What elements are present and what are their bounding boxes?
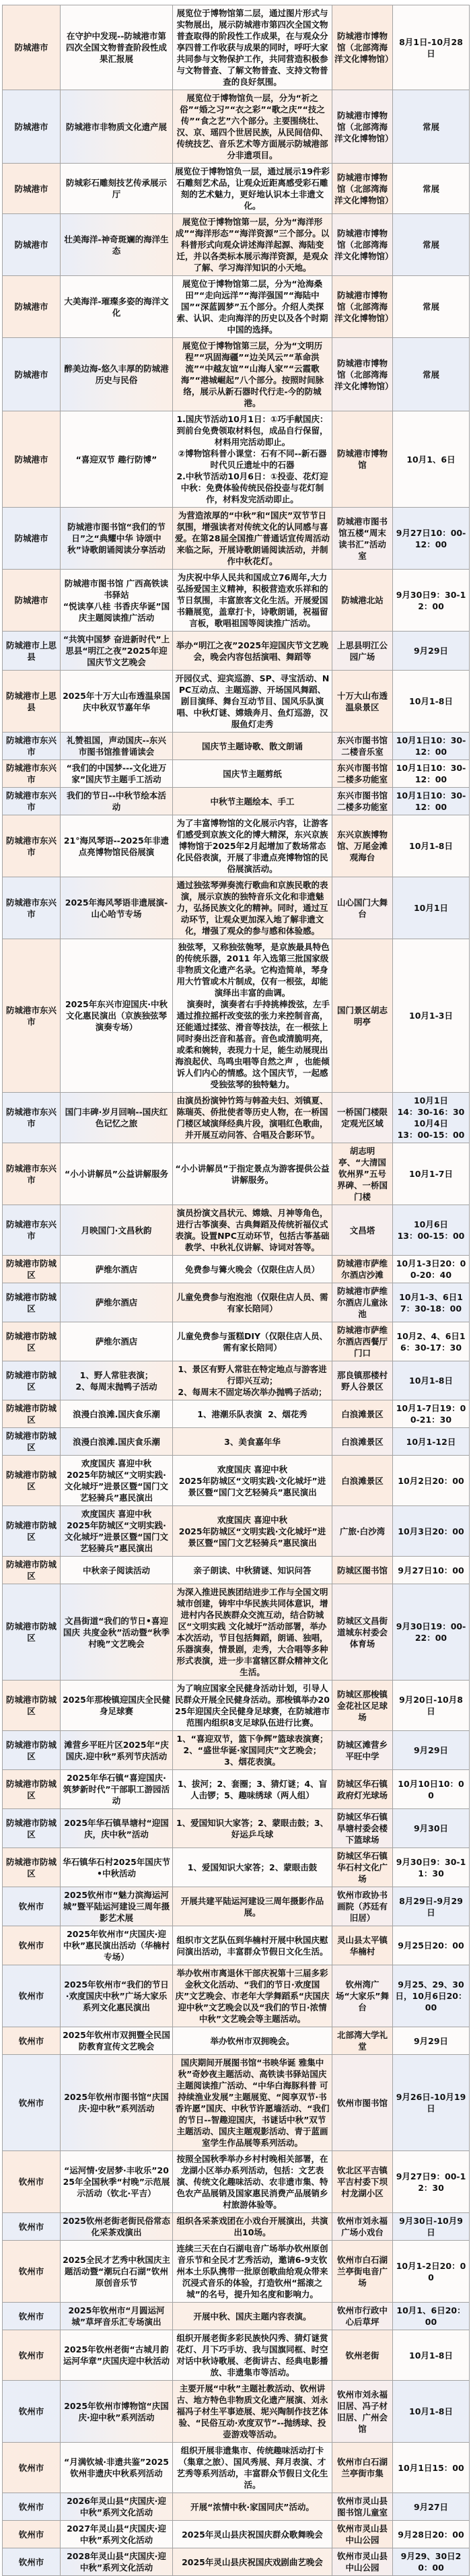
table-row: 防城港市防城港市非物质文化遗产展展览位于博物馆负一层，分为“祈之俗”“婚之习”“…: [3, 90, 470, 164]
location-cell: 东兴市图书馆二楼多功能室: [332, 788, 393, 815]
table-row: 钦州市2025全民才艺秀中秋国庆主题活动暨“潮玩白石湖”钦州原创音乐节连续三天在…: [3, 2241, 470, 2303]
location-cell: 文昌塔: [332, 1205, 393, 1256]
table-row: 防城港市醉美边海-悠久丰厚的防城港历史与民俗展览位于博物馆第三层，分为“文明历程…: [3, 338, 470, 411]
region-cell: 钦州市: [3, 1926, 61, 1965]
name-cell: “共筑中国梦 奋进新时代”上思县“明江之夜”2025年迎国庆节文艺晚会: [61, 632, 173, 671]
name-cell: 浪漫白浪滩.国庆食乐潮: [61, 1428, 173, 1456]
time-cell: 9月29日: [393, 1731, 470, 1770]
location-cell: 白浪滩景区: [332, 1428, 393, 1456]
region-cell: 钦州市: [3, 2443, 61, 2493]
region-cell: 防城港市防城区: [3, 1322, 61, 1361]
content-cell: 展览位于博物馆第二层，分为“沧海桑田”“走向远洋”“海洋强国”“海陆中国”“深蓝…: [173, 276, 332, 338]
name-cell: 月映国门·文昌秋韵: [61, 1205, 173, 1256]
content-cell: 国庆期间开展图书馆“书映华诞 雅集中秋”奇妙夜主题活动、高铁读书驿站国庆主题阅读…: [173, 2055, 332, 2151]
region-cell: 钦州市: [3, 2381, 61, 2443]
location-cell: 防城港市博物馆（北部湾海洋文化博物馆）: [332, 164, 393, 214]
name-cell: 浪漫白浪滩.国庆食乐潮: [61, 1400, 173, 1428]
content-cell: “小小讲解员”于指定景点为游客提供公益讲解服务。: [173, 1143, 332, 1205]
name-cell: 2025年那梭镇迎国庆全民健身足球赛: [61, 1681, 173, 1731]
region-cell: 防城港市防城区: [3, 1456, 61, 1506]
name-cell: 在守护中发现--防城港市第四次全国文物普查阶段性成果汇报展: [61, 5, 173, 90]
name-cell: 滩营乡平旺片区2025年“庆国庆.迎中秋”系列节庆活动: [61, 1731, 173, 1770]
table-row: 防城港市东兴市2025年东兴市迎国庆·中秋文化惠民演出（京族独弦琴演奏专场） 独…: [3, 939, 470, 1093]
time-cell: 9月30日9：30-12：00: [393, 570, 470, 632]
time-cell: 9月29日: [393, 632, 470, 671]
table-row: 防城港市防城区2025年那梭镇迎国庆全民健身足球赛为了响应国家全民健身活动计划，…: [3, 1681, 470, 1731]
time-cell: 10月1-12日: [393, 1428, 470, 1456]
content-cell: 按照全国秋季举办乡村村晚相关部署，在龙湖小区举办系列活动，包括：文艺表演、传统文…: [173, 2151, 332, 2213]
location-cell: 灵山县太平镇华楠村: [332, 1926, 393, 1965]
name-cell: 2025年华石镇旱塘村“迎国庆，庆中秋”活动: [61, 1809, 173, 1848]
region-cell: 防城港市东兴市: [3, 877, 61, 939]
name-cell: 萨维尔酒店: [61, 1256, 173, 1283]
time-cell: 10月1日: [393, 877, 470, 939]
time-cell: 10月1-3、6日17：30-18：00: [393, 1283, 470, 1322]
name-cell: 中秋亲子阅读活动: [61, 1557, 173, 1584]
time-cell: 10月10日10：00: [393, 1770, 470, 1809]
name-cell: 2027年灵山县“庆国庆·迎中秋”系列文化活动: [61, 2521, 173, 2548]
region-cell: 防城港市防城区: [3, 1584, 61, 1681]
table-row: 防城港市防城区浪漫白浪滩.国庆食乐潮1、港潮乐队表演 2、烟花秀白浪滩景区10月…: [3, 1400, 470, 1428]
name-cell: “我们的中国梦---文化进万家”国庆节主题手工活动: [61, 760, 173, 788]
region-cell: 防城港市东兴市: [3, 733, 61, 760]
name-cell: 2025年钦州市“月圆运河城”草坪音乐汇专场演出: [61, 2303, 173, 2330]
location-cell: 防城港市图书馆五楼“周末读书汇”活动室: [332, 508, 393, 570]
time-cell: 10月6日 13：00-15：00: [393, 1205, 470, 1256]
location-cell: 国门景区胡志明亭: [332, 939, 393, 1093]
time-cell: 9月20日-10月8日: [393, 1681, 470, 1731]
content-cell: 举办“明江之夜”2025年迎国庆节文艺晚会，晚会内容包括演唱、舞蹈等: [173, 632, 332, 671]
name-cell: 国门丰碑·岁月回响--国庆红色记忆之旅: [61, 1093, 173, 1143]
events-table: 防城港市在守护中发现--防城港市第四次全国文物普查阶段性成果汇报展展览位于博物馆…: [2, 5, 470, 2576]
region-cell: 钦州市: [3, 1965, 61, 2027]
time-cell: 10月3日20：00: [393, 1506, 470, 1557]
table-row: 钦州市2025年钦州市图书馆“庆国庆·迎中秋”系列活动国庆期间开展图书馆“书映华…: [3, 2055, 470, 2151]
location-cell: 防城区那梭镇金花社区足球场: [332, 1681, 393, 1731]
table-row: 钦州市2025年钦州市双拥暨全民国防教育宣传文艺晚会举办钦州市双拥晚会。北部湾大…: [3, 2027, 470, 2055]
name-cell: 2025年钦州市双拥暨全民国防教育宣传文艺晚会: [61, 2027, 173, 2055]
content-cell: 独弦琴，又称独弦匏琴，是京族最具特色的传统乐器，2011 年入选第三批国家级非物…: [173, 939, 332, 1093]
name-cell: 21°海风琴语--2025年非遗点亮博物馆民俗展演: [61, 815, 173, 877]
table-row: 钦州市2026年灵山县“庆国庆·迎中秋”系列文化活动开展“浓情中秋·家国同庆”活…: [3, 2493, 470, 2521]
location-cell: 防城港市博物馆（北部湾海洋文化博物馆）: [332, 276, 393, 338]
name-cell: 文昌街道“我们的节日•喜迎国庆 共度金秋”活动暨“秋季村晚”文艺晚会: [61, 1584, 173, 1681]
content-cell: 通过独弦琴弹奏流行歌曲和京族民歌的表演，展示京族的独特音乐文化和非遗魅力，弘扬民…: [173, 877, 332, 939]
table-row: 防城港市大美海洋-璀璨多姿的海洋文化展览位于博物馆第二层，分为“沧海桑田”“走向…: [3, 276, 470, 338]
location-cell: 防城港市博物馆: [332, 411, 393, 508]
region-cell: 防城港市: [3, 570, 61, 632]
content-cell: 由演员扮演钟竹筠与韩盈夫妇、刘镇夏、陈瑞英、侨批使者等历史人物，在一桥国门楼区域…: [173, 1093, 332, 1143]
name-cell: 防城港市图书馆 广西高铁读书驿站 “悦读享八桂 书香庆华诞”国庆主题阅读推广活动: [61, 570, 173, 632]
table-row: 防城港市东兴市国门丰碑·岁月回响--国庆红色记忆之旅由演员扮演钟竹筠与韩盈夫妇、…: [3, 1093, 470, 1143]
content-cell: 儿童免费参与泡泡池（仅限住店人员、需有家长陪同）: [173, 1283, 332, 1322]
content-cell: 演员扮演文昌状元、嫦娥、月神等角色，进行古筝演奏、古典舞蹈及传统祈福仪式表演。设…: [173, 1205, 332, 1256]
table-row: 防城港市防城区中秋亲子阅读活动亲子朗读、中秋猜谜、知识问答防城区图书馆9月27日…: [3, 1557, 470, 1584]
name-cell: 防城港市图书馆“我们的节日”之“典耀中华 诗颂中秋”诗歌朗诵阅读分享活动: [61, 508, 173, 570]
table-row: 钦州市2025年钦州市“我们的节日·欢度国庆中秋”广场大家乐系列文化惠民演出举办…: [3, 1965, 470, 2027]
region-cell: 防城港市: [3, 276, 61, 338]
content-cell: 2025年灵山县庆祝国庆戏剧曲艺晚会: [173, 2548, 332, 2576]
table-row: 防城港市东兴市礼赞祖国，声动国庆--东兴市图书馆推普诵读会国庆节主题诗歌、散文朗…: [3, 733, 470, 760]
name-cell: 1、野人常驻表演； 2、每周末抛鸭子活动: [61, 1361, 173, 1400]
region-cell: 防城港市防城区: [3, 1731, 61, 1770]
content-cell: 欢度国庆 喜迎中秋 2025年防城区“文明实践·文化城圩”进景区暨“国门文艺轻骑…: [173, 1456, 332, 1506]
region-cell: 钦州市: [3, 2493, 61, 2521]
location-cell: 那良镇那楼村野人谷景区: [332, 1361, 393, 1400]
location-cell: 钦北区平吉镇平吉村委下坝村龙湖小区: [332, 2151, 393, 2213]
region-cell: 防城港市防城区: [3, 1809, 61, 1848]
name-cell: 防城港市非物质文化遗产展: [61, 90, 173, 164]
region-cell: 钦州市: [3, 2213, 61, 2241]
time-cell: 9月30日19：00-22：00: [393, 1584, 470, 1681]
time-cell: 10月1日10：30-12：00: [393, 760, 470, 788]
location-cell: 东兴市图书馆二楼音乐室: [332, 733, 393, 760]
location-cell: 防城区华石镇旱塘村委会楼下篮球场: [332, 1809, 393, 1848]
name-cell: 2025钦州老街老街民俗常态化采茶戏演出: [61, 2213, 173, 2241]
table-row: 防城港市壮美海洋-神奇斑斓的海洋生态展览位于博物馆第一层，分为“海洋形成”“海洋…: [3, 214, 470, 276]
time-cell: 10月1-8日: [393, 815, 470, 877]
time-cell: 9月30日9：30-11：30: [393, 1848, 470, 1887]
content-cell: 为营造浓厚的“中秋”和“国庆”双节节日氛围，增强读者对传统文化的认同感与喜爱。在…: [173, 508, 332, 570]
time-cell: 10月1日15：00: [393, 2443, 470, 2493]
name-cell: “月满钦城·非遗共鉴”2025钦州非遗庆中秋系列活动: [61, 2443, 173, 2493]
time-cell: 9月30日: [393, 1809, 470, 1848]
name-cell: 2025年海风琴语非遗展演-山心哈节专场: [61, 877, 173, 939]
time-cell: 10月1-7日: [393, 1143, 470, 1205]
region-cell: 钦州市: [3, 2521, 61, 2548]
time-cell: 10月1-8日: [393, 2381, 470, 2443]
content-cell: 举办钦州市双拥晚会。: [173, 2027, 332, 2055]
content-cell: 1、爱国知识大家答；2、蒙眼击鼓；3、好运乒乓球: [173, 1809, 332, 1848]
name-cell: 2025年钦州市博物馆“庆国庆·迎中秋”系列活动: [61, 2381, 173, 2443]
name-cell: 2025年钦州市图书馆“庆国庆·迎中秋”系列活动: [61, 2055, 173, 2151]
location-cell: 防城港市萨维尔酒店沙滩: [332, 1256, 393, 1283]
name-cell: 2025全民才艺秀中秋国庆主题活动暨“潮玩白石湖”钦州原创音乐节: [61, 2241, 173, 2303]
location-cell: 山心国门大舞台: [332, 877, 393, 939]
name-cell: 醉美边海-悠久丰厚的防城港历史与民俗: [61, 338, 173, 411]
region-cell: 防城港市防城区: [3, 1256, 61, 1283]
region-cell: 防城港市防城区: [3, 1361, 61, 1400]
region-cell: 钦州市: [3, 2055, 61, 2151]
location-cell: 东兴京族博物馆、万尾金滩观海台: [332, 815, 393, 877]
location-cell: 钦州市白石湖兰亭街电音广场: [332, 2241, 393, 2303]
content-cell: 国庆节主题诗歌、散文朗诵: [173, 733, 332, 760]
location-cell: 白浪滩景区: [332, 1456, 393, 1506]
table-row: 防城港市防城区萨维尔酒店儿童免费参与泡泡池（仅限住店人员、需有家长陪同）防城港市…: [3, 1283, 470, 1322]
region-cell: 防城港市: [3, 508, 61, 570]
table-row: 防城港市防城港市图书馆 广西高铁读书驿站 “悦读享八桂 书香庆华诞”国庆主题阅读…: [3, 570, 470, 632]
location-cell: 北部湾大学礼堂: [332, 2027, 393, 2055]
region-cell: 防城港市: [3, 214, 61, 276]
time-cell: 10月1-8日: [393, 2330, 470, 2381]
name-cell: “小小讲解员”公益讲解服务: [61, 1143, 173, 1205]
content-cell: 1.国庆节活动10月1日：①巧手献国庆：到前台免费领取材料包，成品自行保留，材料…: [173, 411, 332, 508]
content-cell: 儿童免费参与蛋糕DIY（仅限住店人员、需有家长陪同）: [173, 1322, 332, 1361]
location-cell: 广旅·白沙湾: [332, 1506, 393, 1557]
region-cell: 防城港市防城区: [3, 1557, 61, 1584]
name-cell: 萨维尔酒店: [61, 1322, 173, 1361]
time-cell: 10月1、6日: [393, 411, 470, 508]
content-cell: 开展共建平陆运河建设三周年摄影作品展。: [173, 1887, 332, 1926]
region-cell: 防城港市上思县: [3, 632, 61, 671]
region-cell: 防城港市: [3, 164, 61, 214]
name-cell: 2025年华石镇“喜迎国庆·筑梦新时代”干部职工游园活动: [61, 1770, 173, 1809]
time-cell: 常展: [393, 214, 470, 276]
location-cell: 白浪滩景区: [332, 1400, 393, 1428]
content-cell: 为了响应国家全民健身活动计划，引导人民群众开展全民健身活动。那梭镇举办2025年…: [173, 1681, 332, 1731]
location-cell: 钦州市刘永福广场小戏台: [332, 2213, 393, 2241]
region-cell: 钦州市: [3, 2027, 61, 2055]
time-cell: 10月1-8日: [393, 671, 470, 733]
content-cell: 组织开展非遗集市、传统趣味活动打卡（集章之旅）、国风秀展、拜月表演、才艺秀等系列…: [173, 2443, 332, 2493]
region-cell: 防城港市防城区: [3, 1848, 61, 1887]
content-cell: 1、港潮乐队表演 2、烟花秀: [173, 1400, 332, 1428]
content-cell: 3、美食嘉年华: [173, 1428, 332, 1456]
table-row: 钦州市2025年钦州市“庆国庆·迎中秋”惠民演出活动（华楠村专场）组织市文艺队伍…: [3, 1926, 470, 1965]
content-cell: 欢度国庆 喜迎中秋 2025年防城区“文明实践·文化城圩”进景区暨“国门文艺轻骑…: [173, 1506, 332, 1557]
region-cell: 防城港市: [3, 5, 61, 90]
region-cell: 钦州市: [3, 2303, 61, 2330]
time-cell: 10月2、4、6日16：30-17：30: [393, 1322, 470, 1361]
table-row: 防城港市防城区欢度国庆 喜迎中秋 2025年防城区“文明实践·文化城圩”进景区暨…: [3, 1456, 470, 1506]
region-cell: 钦州市: [3, 1887, 61, 1926]
region-cell: 防城港市防城区: [3, 1506, 61, 1557]
time-cell: 9月25日20：00: [393, 1926, 470, 1965]
table-row: 防城港市东兴市2025年海风琴语非遗展演-山心哈节专场通过独弦琴弹奏流行歌曲和京…: [3, 877, 470, 939]
events-table-body: 防城港市在守护中发现--防城港市第四次全国文物普查阶段性成果汇报展展览位于博物馆…: [3, 5, 470, 2576]
location-cell: 钦州市行政中心后草坪: [332, 2303, 393, 2330]
table-row: 防城港市东兴市我们的节日--中秋节绘本活动中秋节主题绘本、手工东兴市图书馆二楼多…: [3, 788, 470, 815]
location-cell: 防城港市博物馆（北部湾海洋文化博物馆）: [332, 5, 393, 90]
content-cell: 开展中秋、国庆主题内容表演。: [173, 2303, 332, 2330]
time-cell: 10月1-3日20：00-20：40: [393, 1256, 470, 1283]
location-cell: 一桥国门楼限定观光区域: [332, 1093, 393, 1143]
name-cell: 2025钦州市“魅力滨海运河城”暨平陆运河建设三周年摄影艺术展: [61, 1887, 173, 1926]
location-cell: 防城区图书馆: [332, 1557, 393, 1584]
time-cell: 9月25、29、30日，10月6日20：00: [393, 1965, 470, 2027]
table-row: 防城港市上思县2025年十万大山布透温泉国庆中秋双节嘉年华开园仪式、迎宾巡游、S…: [3, 671, 470, 733]
region-cell: 防城港市东兴市: [3, 815, 61, 877]
time-cell: 常展: [393, 276, 470, 338]
content-cell: 展览位于博物馆第一层，分为“海洋形成”“海洋形态”“海洋资源”三个部分。以科普形…: [173, 214, 332, 276]
region-cell: 钦州市: [3, 2151, 61, 2213]
name-cell: 2025年钦州市“庆国庆·迎中秋”惠民演出活动（华楠村专场）: [61, 1926, 173, 1965]
location-cell: 防城区华石镇政府灯光球场: [332, 1770, 393, 1809]
content-cell: 展览位于博物馆第二层，通过图片形式与实物展出，展示防城港市第四次全国文物普查取得…: [173, 5, 332, 90]
name-cell: 大美海洋-璀璨多姿的海洋文化: [61, 276, 173, 338]
name-cell: 萨维尔酒店: [61, 1283, 173, 1322]
table-row: 防城港市防城彩石雕刻技艺传承展示厅展览位于博物馆负一层，通过展示19件彩石雕刻艺…: [3, 164, 470, 214]
location-cell: 钦州市图书馆: [332, 2055, 393, 2151]
table-row: 防城港市防城区2025年华石镇旱塘村“迎国庆，庆中秋”活动1、爱国知识大家答；2…: [3, 1809, 470, 1848]
region-cell: 防城港市东兴市: [3, 939, 61, 1093]
content-cell: 1、拔河；2、套圈；3、猜灯谜；4、盲人击锣；5、趣味绣球（两人组）: [173, 1770, 332, 1809]
name-cell: 2025年钦州老街“古城月韵运河华章”庆国庆迎中秋活动: [61, 2330, 173, 2381]
region-cell: 防城港市防城区: [3, 1770, 61, 1809]
content-cell: 1、“喜迎双节，篮下争辉”篮球表演赛； 2、“盛世华诞·家国同庆”文艺晚会； 3…: [173, 1731, 332, 1770]
region-cell: 防城港市上思县: [3, 671, 61, 733]
name-cell: 欢度国庆 喜迎中秋 2025年防城区“文明实践·文化城圩”进景区暨“国门文艺轻骑…: [61, 1456, 173, 1506]
table-row: 钦州市2025钦州市“魅力滨海运河城”暨平陆运河建设三周年摄影艺术展开展共建平陆…: [3, 1887, 470, 1926]
time-cell: 常展: [393, 338, 470, 411]
table-row: 钦州市2027年灵山县“庆国庆·迎中秋”系列文化活动2025年灵山县庆祝国庆群众…: [3, 2521, 470, 2548]
region-cell: 钦州市: [3, 2241, 61, 2303]
time-cell: 9月28日20：00: [393, 2521, 470, 2548]
name-cell: 2025年钦州市“我们的节日·欢度国庆中秋”广场大家乐系列文化惠民演出: [61, 1965, 173, 2027]
region-cell: 防城港市: [3, 338, 61, 411]
region-cell: 防城港市防城区: [3, 1400, 61, 1428]
time-cell: 9月30日-10月9日: [393, 2213, 470, 2241]
table-row: 防城港市防城区萨维尔酒店免费参与篝火晚会（仅限住店人员）防城港市萨维尔酒店沙滩1…: [3, 1256, 470, 1283]
region-cell: 防城港市防城区: [3, 1283, 61, 1322]
content-cell: 主要开展“中秋”主题社教活动、钦州讲古、地方特色非物质文化遗产展演、刘永福冯子材…: [173, 2381, 332, 2443]
table-row: 防城港市“喜迎双节 趣行防博”1.国庆节活动10月1日：①巧手献国庆：到前台免费…: [3, 411, 470, 508]
content-cell: 为深入推进民族团结进步工作与全国文明城市创建，铸牢中华民族共同体意识，增进村内各…: [173, 1584, 332, 1681]
name-cell: 华石镇华石村2025年国庆节•中秋活动: [61, 1848, 173, 1887]
time-cell: 常展: [393, 90, 470, 164]
location-cell: 胡志明亭、“大清国钦州界”五号界碑、一桥国门楼: [332, 1143, 393, 1205]
table-row: 钦州市2028年灵山县“庆国庆·迎中秋”系列文化活动2025年灵山县庆祝国庆戏剧…: [3, 2548, 470, 2576]
content-cell: 组织开展老街多彩民族快闪秀、猜灯谜赏花灯、月下巧手坊、我与国旗同框、时空对话中秋…: [173, 2330, 332, 2381]
time-cell: 8月1日-10月28日: [393, 5, 470, 90]
location-cell: 钦州市白石湖兰亭街市集: [332, 2443, 393, 2493]
location-cell: 十万大山布透温泉景区: [332, 671, 393, 733]
table-row: 防城港市东兴市“我们的中国梦---文化进万家”国庆节主题手工活动国庆节主题剪纸东…: [3, 760, 470, 788]
region-cell: 防城港市东兴市: [3, 1143, 61, 1205]
region-cell: 防城港市东兴市: [3, 788, 61, 815]
table-row: 防城港市东兴市21°海风琴语--2025年非遗点亮博物馆民俗展演为了丰富博物馆的…: [3, 815, 470, 877]
table-row: 防城港市防城区文昌街道“我们的节日•喜迎国庆 共度金秋”活动暨“秋季村晚”文艺晚…: [3, 1584, 470, 1681]
location-cell: 防城港市博物馆（北部湾海洋文化博物馆）: [332, 90, 393, 164]
time-cell: 9月29、30日20：00: [393, 2548, 470, 2576]
content-cell: 组织各采茶戏团在小戏台开展演出，共演出10场。: [173, 2213, 332, 2241]
location-cell: 上思县明江公园广场: [332, 632, 393, 671]
name-cell: 防城彩石雕刻技艺传承展示厅: [61, 164, 173, 214]
time-cell: 9月26日-10月19日: [393, 2055, 470, 2151]
location-cell: 钦州市灵山县中山公园: [332, 2548, 393, 2576]
content-cell: 组织市文艺队伍到华楠村开展中秋国庆慰问演出活动，丰富群众节假日文化生活。: [173, 1926, 332, 1965]
time-cell: 10月1-3日: [393, 939, 470, 1093]
table-row: 钦州市2025年钦州老街“古城月韵运河华章”庆国庆迎中秋活动组织开展老街多彩民族…: [3, 2330, 470, 2381]
time-cell: 10月1日10：30-12：00: [393, 733, 470, 760]
table-row: 防城港市东兴市“小小讲解员”公益讲解服务“小小讲解员”于指定景点为游客提供公益讲…: [3, 1143, 470, 1205]
location-cell: 防城港市萨维尔酒店儿童泳池: [332, 1283, 393, 1322]
time-cell: 10月1-7日19：00-21：30: [393, 1400, 470, 1428]
region-cell: 钦州市: [3, 2330, 61, 2381]
time-cell: 10月1-2日20：00: [393, 2241, 470, 2303]
time-cell: 10月1日 14：30-16：30 10月4日 13：00-15：00: [393, 1093, 470, 1143]
content-cell: 开园仪式、迎宾巡游、SP、寻宝活动、NPC互动点、主题巡游、开场国风舞蹈、剧目演…: [173, 671, 332, 733]
name-cell: 2028年灵山县“庆国庆·迎中秋”系列文化活动: [61, 2548, 173, 2576]
table-row: 防城港市上思县“共筑中国梦 奋进新时代”上思县“明江之夜”2025年迎国庆节文艺…: [3, 632, 470, 671]
table-row: 防城港市防城区欢度国庆 喜迎中秋 2025年防城区“文明实践·文化城圩”进景区暨…: [3, 1506, 470, 1557]
content-cell: 为庆祝中华人民共和国成立76周年,大力弘扬爱国主义精神，积极营造欢乐祥和的节日氛…: [173, 570, 332, 632]
name-cell: 礼赞祖国，声动国庆--东兴市图书馆推普诵读会: [61, 733, 173, 760]
table-row: 钦州市2025年钦州市“月圆运河城”草坪音乐汇专场演出开展中秋、国庆主题内容表演…: [3, 2303, 470, 2330]
time-cell: 9月27日10：00-12：00: [393, 508, 470, 570]
time-cell: 10月1、6日20：00: [393, 2303, 470, 2330]
region-cell: 防城港市东兴市: [3, 1205, 61, 1256]
region-cell: 防城港市防城区: [3, 1681, 61, 1731]
region-cell: 防城港市东兴市: [3, 1093, 61, 1143]
content-cell: 展览位于博物馆负一层，通过展示19件彩石雕刻艺术品，让观众近距离感受彩石雕刻的艺…: [173, 164, 332, 214]
region-cell: 防城港市: [3, 411, 61, 508]
content-cell: 连续三天在白石湖电音广场举办钦州原创音乐节和全民才艺秀活动，邀请6-9支钦州本土…: [173, 2241, 332, 2303]
name-cell: “喜迎双节 趣行防博”: [61, 411, 173, 508]
location-cell: 防城港市博物馆（北部湾海洋文化博物馆）: [332, 338, 393, 411]
location-cell: 防城港北站: [332, 570, 393, 632]
location-cell: 钦州市灵山县图书馆儿童室: [332, 2493, 393, 2521]
name-cell: 2025年东兴市迎国庆·中秋文化惠民演出（京族独弦琴演奏专场）: [61, 939, 173, 1093]
time-cell: 10月1-8日: [393, 1361, 470, 1400]
table-row: 防城港市防城区华石镇华石村2025年国庆节•中秋活动1、爱国知识大家答；2、蒙眼…: [3, 1848, 470, 1887]
content-cell: 举办钦州市离退休干部庆祝第十三届多彩金秋文化活动、“我们的节日·欢度国庆”文艺晚…: [173, 1965, 332, 2027]
content-cell: 1、景区有野人常驻在特定地点与游客进行即兴互动； 2、每周末不固定场次举办抛鸭子…: [173, 1361, 332, 1400]
location-cell: 防城港市博物馆（北部湾海洋文化博物馆）: [332, 214, 393, 276]
location-cell: 钦州市灵山县中山公园: [332, 2521, 393, 2548]
table-row: 防城港市东兴市月映国门·文昌秋韵演员扮演文昌状元、嫦娥、月神等角色，进行古筝演奏…: [3, 1205, 470, 1256]
content-cell: 免费参与篝火晚会（仅限住店人员）: [173, 1256, 332, 1283]
location-cell: 防城区华石镇华石村文化广场: [332, 1848, 393, 1887]
time-cell: 9月27日: [393, 2493, 470, 2521]
table-row: 钦州市2025钦州老街老街民俗常态化采茶戏演出组织各采茶戏团在小戏台开展演出，共…: [3, 2213, 470, 2241]
table-row: 防城港市防城区萨维尔酒店儿童免费参与蛋糕DIY（仅限住店人员、需有家长陪同）防城…: [3, 1322, 470, 1361]
time-cell: 9月29日: [393, 2027, 470, 2055]
region-cell: 钦州市: [3, 2548, 61, 2576]
table-row: 钦州市2025年钦州市博物馆“庆国庆·迎中秋”系列活动主要开展“中秋”主题社教活…: [3, 2381, 470, 2443]
content-cell: 展览位于博物馆负一层，分为“祈之俗”“婚之习”“衣之彩”“歌之庆”“技之传”“食…: [173, 90, 332, 164]
table-row: 防城港市防城区2025年华石镇“喜迎国庆·筑梦新时代”干部职工游园活动1、拔河；…: [3, 1770, 470, 1809]
time-cell: 常展: [393, 164, 470, 214]
content-cell: 1、爱国知识大家答；2、蒙眼击鼓: [173, 1848, 332, 1887]
name-cell: 2025年十万大山布透温泉国庆中秋双节嘉年华: [61, 671, 173, 733]
name-cell: 欢度国庆 喜迎中秋 2025年防城区“文明实践·文化城圩”进景区暨“国门文艺轻骑…: [61, 1506, 173, 1557]
content-cell: 中秋节主题绘本、手工: [173, 788, 332, 815]
time-cell: 10月2日20：00: [393, 1456, 470, 1506]
content-cell: 国庆节主题剪纸: [173, 760, 332, 788]
time-cell: 10月1日10：30-12：00: [393, 788, 470, 815]
name-cell: 我们的节日--中秋节绘本活动: [61, 788, 173, 815]
content-cell: 展览位于博物馆第三层，分为“文明历程”“巩固海疆”“边关风云”“革命洪流”“中越…: [173, 338, 332, 411]
location-cell: 钦州湾广场“大家乐”舞台: [332, 1965, 393, 2027]
time-cell: 9月27日10：00: [393, 1557, 470, 1584]
table-row: 钦州市“运河情·安居梦·丰收乐”2025年全国秋季“村晚”示范展示活动（钦北·平…: [3, 2151, 470, 2213]
region-cell: 防城港市: [3, 90, 61, 164]
time-cell: 9月27日9：00-12：30: [393, 2151, 470, 2213]
content-cell: 亲子朗读、中秋猜谜、知识问答: [173, 1557, 332, 1584]
content-cell: 为了丰富博物馆的文化展示内容，让游客们感受到京族文化的博大精深，东兴京族博物馆于…: [173, 815, 332, 877]
name-cell: 壮美海洋-神奇斑斓的海洋生态: [61, 214, 173, 276]
name-cell: 2026年灵山县“庆国庆·迎中秋”系列文化活动: [61, 2493, 173, 2521]
time-cell: 8月29日-9月29日: [393, 1887, 470, 1926]
region-cell: 防城港市防城区: [3, 1428, 61, 1456]
table-row: 防城港市防城区滩营乡平旺片区2025年“庆国庆.迎中秋”系列节庆活动1、“喜迎双…: [3, 1731, 470, 1770]
location-cell: 钦州市政协书画院（苏廷有旧居）: [332, 1887, 393, 1926]
location-cell: 东兴市图书馆二楼多功能室: [332, 760, 393, 788]
table-row: 防城港市防城港市图书馆“我们的节日”之“典耀中华 诗颂中秋”诗歌朗诵阅读分享活动…: [3, 508, 470, 570]
content-cell: 开展“浓情中秋·家国同庆”活动。: [173, 2493, 332, 2521]
table-row: 防城港市防城区浪漫白浪滩.国庆食乐潮3、美食嘉年华白浪滩景区10月1-12日: [3, 1428, 470, 1456]
location-cell: 防城港市萨维尔酒店西餐厅门口: [332, 1322, 393, 1361]
table-row: 防城港市防城区1、野人常驻表演； 2、每周末抛鸭子活动1、景区有野人常驻在特定地…: [3, 1361, 470, 1400]
location-cell: 钦州老街: [332, 2330, 393, 2381]
table-row: 防城港市在守护中发现--防城港市第四次全国文物普查阶段性成果汇报展展览位于博物馆…: [3, 5, 470, 90]
name-cell: “运河情·安居梦·丰收乐”2025年全国秋季“村晚”示范展示活动（钦北·平吉）: [61, 2151, 173, 2213]
location-cell: 防城区文昌街道城东村委会体育场: [332, 1584, 393, 1681]
table-row: 钦州市“月满钦城·非遗共鉴”2025钦州非遗庆中秋系列活动组织开展非遗集市、传统…: [3, 2443, 470, 2493]
location-cell: 钦州市刘永福旧居、冯子材旧居、广州会馆: [332, 2381, 393, 2443]
region-cell: 防城港市东兴市: [3, 760, 61, 788]
